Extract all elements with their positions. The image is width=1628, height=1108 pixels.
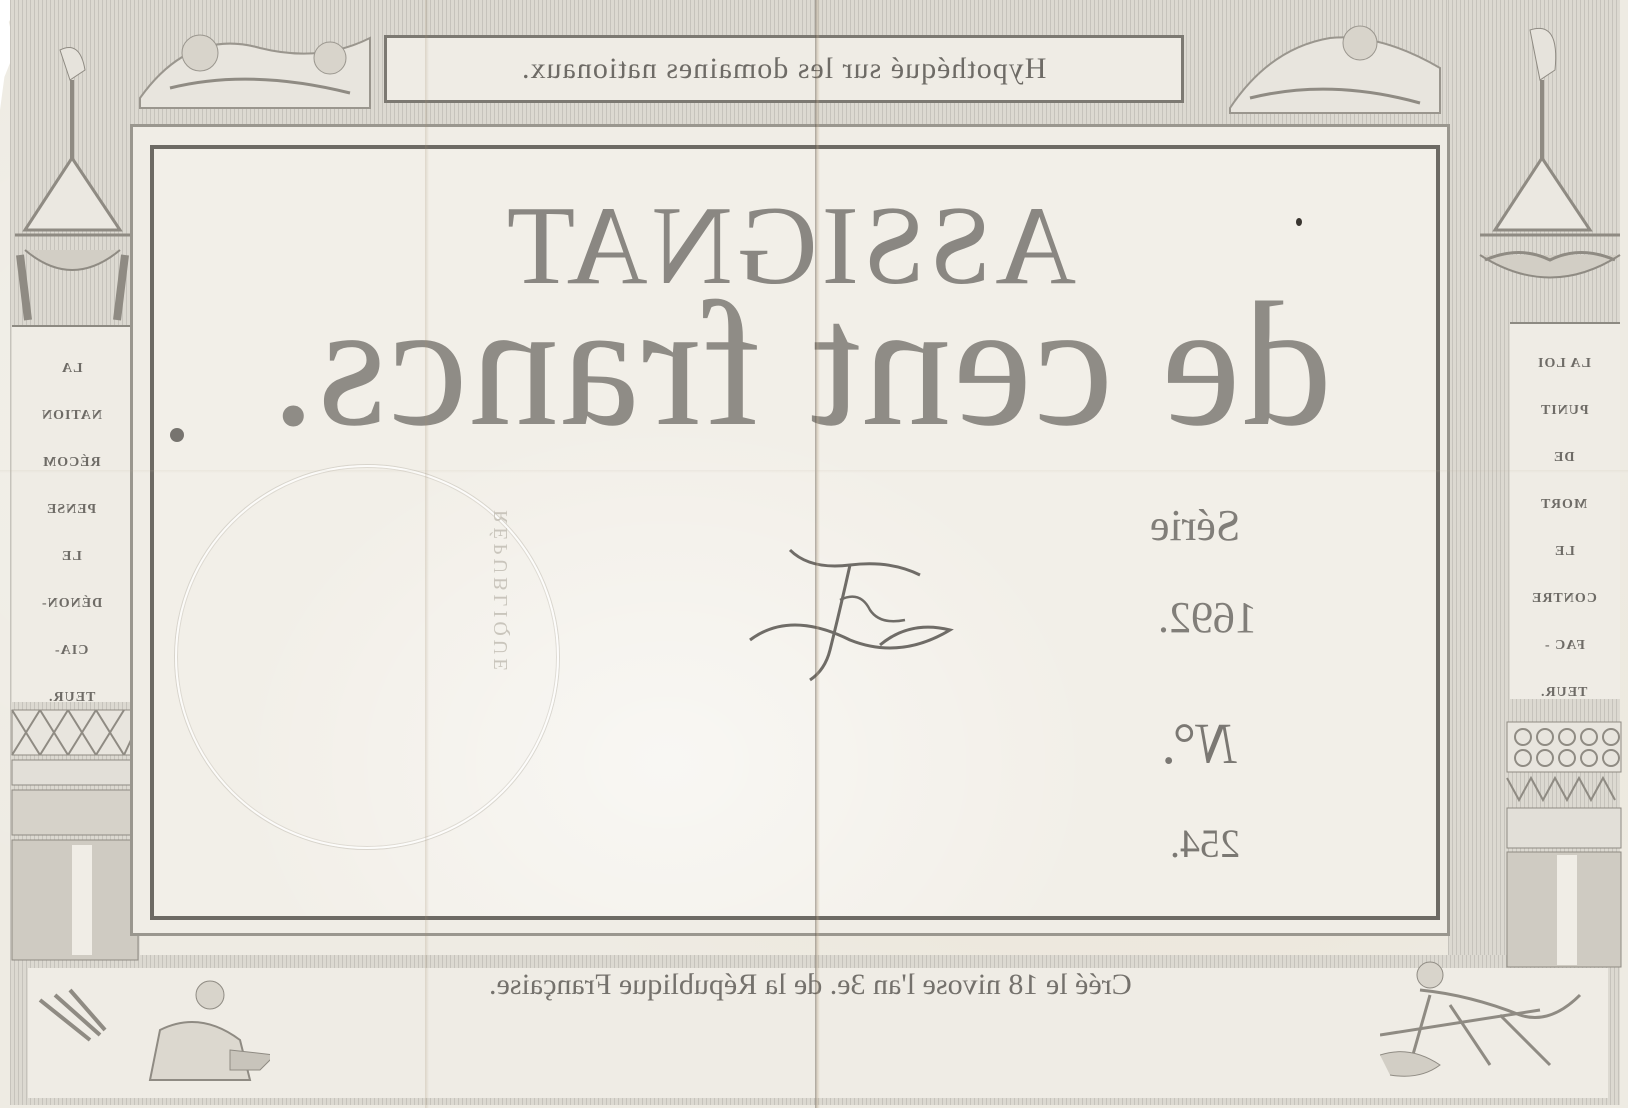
left-line: CIA- <box>54 627 88 674</box>
right-line: FAC - <box>1544 622 1585 669</box>
fold-line <box>425 0 429 1108</box>
signature-icon <box>730 530 960 690</box>
number-label-text: N°. <box>1160 710 1236 777</box>
left-panel-text: LA NATION RÉCOM PENSE LE DÉNON- CIA- TEU… <box>14 345 129 721</box>
left-line: DÉNON- <box>41 580 102 627</box>
seal-text: RÉPUBLIQUE <box>490 510 513 674</box>
header-box: Hypothéqué sur les domaines nationaux. <box>384 35 1184 103</box>
number-value: 254. <box>1170 820 1240 867</box>
right-line: TEUR. <box>1540 669 1587 716</box>
right-line: DE <box>1553 434 1574 481</box>
left-line: TEUR. <box>48 674 95 721</box>
number-value-text: 254. <box>1170 820 1240 867</box>
liberty-cap-pike-ornament-icon <box>1460 20 1625 320</box>
column-base-ornament-icon <box>1505 720 1623 970</box>
hercules-lion-engraving-icon <box>1380 955 1600 1095</box>
serie-number-text: 1692. <box>1158 592 1257 643</box>
blacksmith-anvil-engraving-icon <box>30 970 270 1095</box>
banknote: Hypothéqué sur les domaines nationaux. R… <box>0 0 1628 1108</box>
right-line: CONTRE <box>1531 575 1597 622</box>
left-line: LA <box>61 345 82 392</box>
fold-line <box>0 470 1628 473</box>
left-line: LE <box>61 533 82 580</box>
right-line: LE <box>1554 528 1575 575</box>
header-text: Hypothéqué sur les domaines nationaux. <box>521 52 1046 86</box>
left-line: NATION <box>41 392 102 439</box>
right-line: PUNIT <box>1540 387 1589 434</box>
right-panel-text: LA LOI PUNIT DE MORT LE CONTRE FAC - TEU… <box>1500 340 1628 716</box>
column-base-ornament-icon <box>10 705 140 965</box>
denomination: de cent francs. <box>180 275 1420 453</box>
number-label: N°. <box>1160 710 1236 777</box>
fold-line <box>815 0 820 1108</box>
right-line: LA LOI <box>1537 340 1591 387</box>
left-line: PENSE <box>46 486 96 533</box>
period-dot <box>170 428 184 442</box>
serie-label: Série <box>1150 500 1240 551</box>
reclining-figures-engraving-icon <box>130 8 380 118</box>
footer-text-content: Créé le 18 nivose l'an 3e. de la Républi… <box>489 968 1132 1002</box>
ink-spot <box>1296 218 1302 226</box>
serie-label-text: Série <box>1150 500 1240 551</box>
right-line: MORT <box>1540 481 1587 528</box>
serie-number: 1692. <box>1158 592 1257 643</box>
footer-text: Créé le 18 nivose l'an 3e. de la Républi… <box>285 968 1335 1002</box>
reclining-figure-engraving-icon <box>1210 8 1450 118</box>
left-line: RÉCOM <box>42 439 101 486</box>
liberty-cap-pike-ornament-icon <box>10 40 140 330</box>
